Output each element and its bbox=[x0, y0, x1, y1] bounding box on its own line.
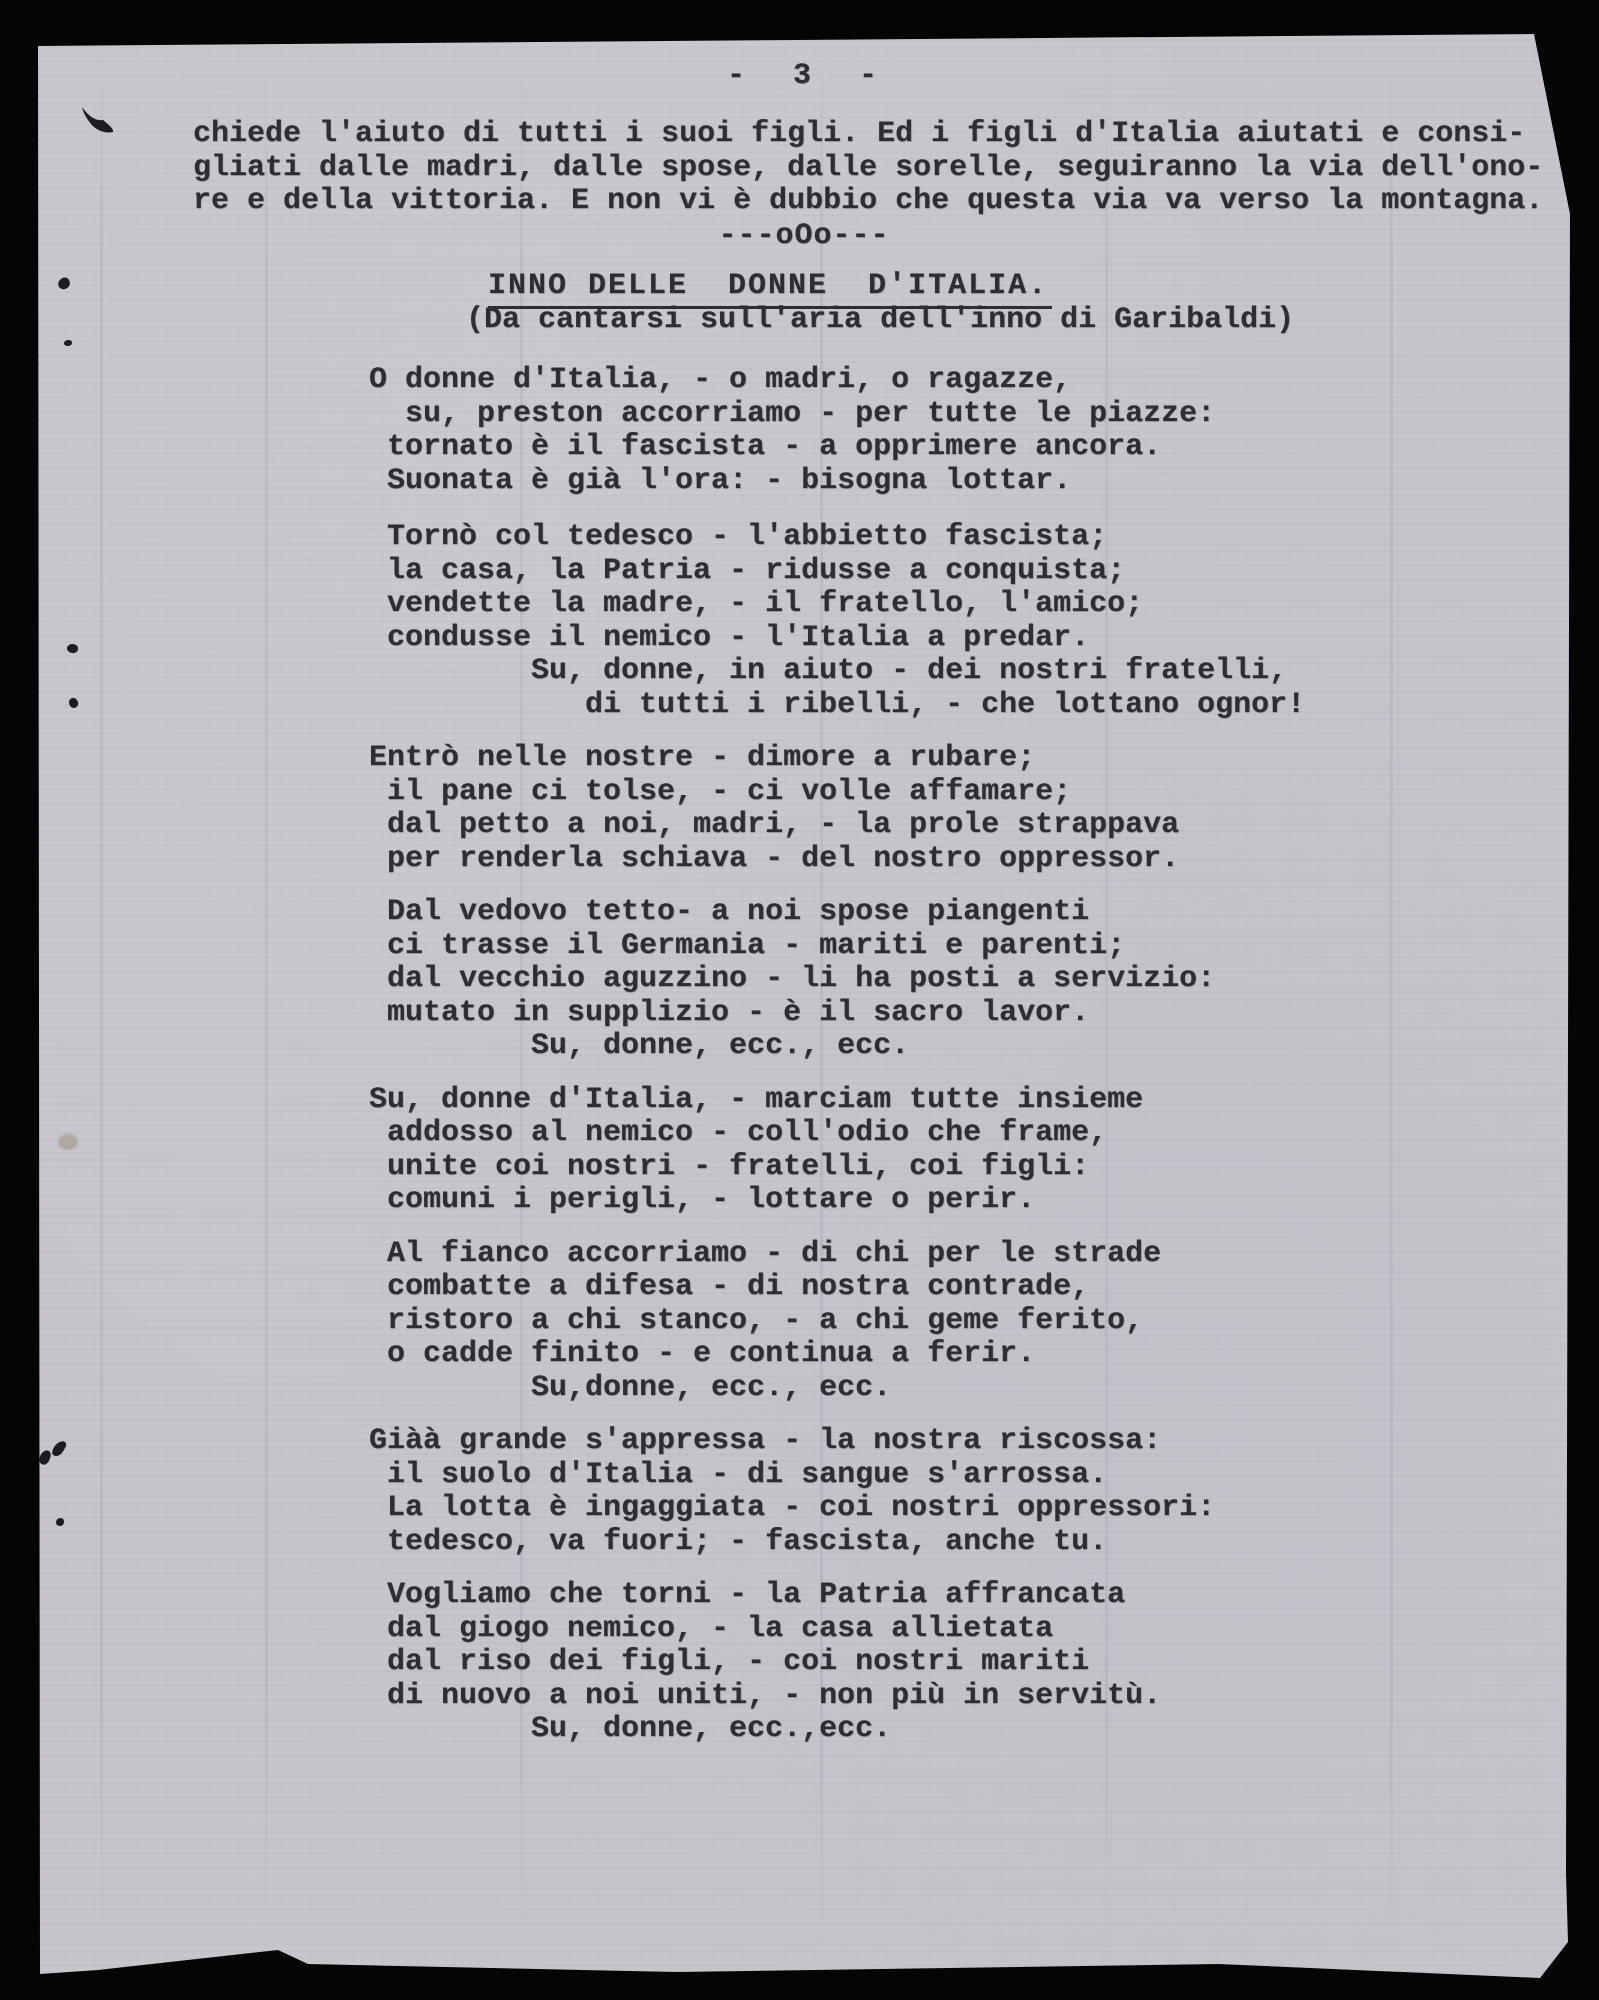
poem-line: La lotta è ingaggiata - coi nostri oppre… bbox=[369, 1492, 1305, 1526]
poem-line: Tornò col tedesco - l'abbietto fascista; bbox=[369, 521, 1305, 555]
stanza: Giàà grande s'appressa - la nostra risco… bbox=[369, 1425, 1305, 1559]
paper-crease bbox=[265, 34, 268, 1980]
refrain-line: Su, donne, ecc.,ecc. bbox=[369, 1713, 1305, 1747]
poem-line: condusse il nemico - l'Italia a predar. bbox=[369, 622, 1305, 656]
intro-line: re e della vittoria. E non vi è dubbio c… bbox=[193, 185, 1543, 219]
paper-sheet: - 3 - chiede l'aiuto di tutti i suoi fig… bbox=[38, 34, 1570, 1980]
section-separator: ---oOo--- bbox=[38, 220, 1570, 254]
poem-line: la casa, la Patria - ridusse a conquista… bbox=[369, 555, 1305, 589]
intro-paragraph: chiede l'aiuto di tutti i suoi figli. Ed… bbox=[193, 118, 1543, 219]
refrain-line: Su, donne, ecc., ecc. bbox=[369, 1030, 1305, 1064]
poem-line: tedesco, va fuori; - fascista, anche tu. bbox=[369, 1526, 1305, 1560]
ink-speck bbox=[66, 643, 79, 655]
stanza: Dal vedovo tetto- a noi spose piangenti … bbox=[369, 896, 1305, 1064]
poem-line: il pane ci tolse, - ci volle affamare; bbox=[369, 776, 1305, 810]
intro-line: chiede l'aiuto di tutti i suoi figli. Ed… bbox=[193, 118, 1543, 152]
ink-speck bbox=[64, 340, 72, 346]
paper-smudge bbox=[58, 1134, 78, 1150]
poem-line: Al fianco accorriamo - di chi per le str… bbox=[369, 1238, 1305, 1272]
poem-line: Entrò nelle nostre - dimore a rubare; bbox=[369, 742, 1305, 776]
paper-crease bbox=[1390, 34, 1393, 1980]
refrain-line: Su,donne, ecc., ecc. bbox=[369, 1372, 1305, 1406]
stanza: Vogliamo che torni - la Patria affrancat… bbox=[369, 1579, 1305, 1747]
poem-line: o cadde finito - e continua a ferir. bbox=[369, 1338, 1305, 1372]
poem-line: Giàà grande s'appressa - la nostra risco… bbox=[369, 1425, 1305, 1459]
page-number: - 3 - bbox=[38, 60, 1570, 94]
poem-line: Dal vedovo tetto- a noi spose piangenti bbox=[369, 896, 1305, 930]
stanza: O donne d'Italia, - o madri, o ragazze, … bbox=[369, 364, 1305, 498]
poem-line: addosso al nemico - coll'odio che frame, bbox=[369, 1117, 1305, 1151]
refrain-line: di tutti i ribelli, - che lottano ognor! bbox=[369, 689, 1305, 723]
poem-body: O donne d'Italia, - o madri, o ragazze, … bbox=[369, 364, 1305, 1767]
paper-crease bbox=[100, 34, 103, 1980]
ink-swoosh-mark bbox=[80, 104, 118, 138]
poem-line: dal petto a noi, madri, - la prole strap… bbox=[369, 809, 1305, 843]
poem-line: Su, donne d'Italia, - marciam tutte insi… bbox=[369, 1084, 1305, 1118]
poem-line: dal vecchio aguzzino - li ha posti a ser… bbox=[369, 963, 1305, 997]
stanza: Su, donne d'Italia, - marciam tutte insi… bbox=[369, 1084, 1305, 1218]
poem-line: dal riso dei figli, - coi nostri mariti bbox=[369, 1646, 1305, 1680]
poem-line: vendette la madre, - il fratello, l'amic… bbox=[369, 588, 1305, 622]
poem-line: dal giogo nemico, - la casa allietata bbox=[369, 1613, 1305, 1647]
stanza: Al fianco accorriamo - di chi per le str… bbox=[369, 1238, 1305, 1406]
poem-line: O donne d'Italia, - o madri, o ragazze, bbox=[369, 364, 1305, 398]
poem-line: combatte a difesa - di nostra contrade, bbox=[369, 1271, 1305, 1305]
ink-speck bbox=[50, 1439, 67, 1459]
ink-speck bbox=[56, 1518, 64, 1526]
poem-line: il suolo d'Italia - di sangue s'arrossa. bbox=[369, 1459, 1305, 1493]
stanza: Tornò col tedesco - l'abbietto fascista;… bbox=[369, 521, 1305, 722]
poem-subtitle: (Da cantarsi sull'aria dell'inno di Gari… bbox=[466, 304, 1294, 338]
stanza: Entrò nelle nostre - dimore a rubare; il… bbox=[369, 742, 1305, 876]
scanned-document: { "page": { "number": "- 3 -", "backgrou… bbox=[0, 0, 1599, 2000]
ink-speck bbox=[56, 276, 72, 291]
poem-line: Suonata è già l'ora: - bisogna lottar. bbox=[369, 465, 1305, 499]
poem-line: mutato in supplizio - è il sacro lavor. bbox=[369, 997, 1305, 1031]
poem-line: unite coi nostri - fratelli, coi figli: bbox=[369, 1151, 1305, 1185]
ink-speck bbox=[67, 696, 80, 709]
poem-line: di nuovo a noi uniti, - non più in servi… bbox=[369, 1680, 1305, 1714]
poem-line: Vogliamo che torni - la Patria affrancat… bbox=[369, 1579, 1305, 1613]
poem-line: ci trasse il Germania - mariti e parenti… bbox=[369, 930, 1305, 964]
poem-line: comuni i perigli, - lottare o perir. bbox=[369, 1184, 1305, 1218]
poem-line: ristoro a chi stanco, - a chi geme ferit… bbox=[369, 1305, 1305, 1339]
refrain-line: Su, donne, in aiuto - dei nostri fratell… bbox=[369, 655, 1305, 689]
poem-line: su, preston accorriamo - per tutte le pi… bbox=[369, 398, 1305, 432]
poem-line: per renderla schiava - del nostro oppres… bbox=[369, 843, 1305, 877]
poem-line: tornato è il fascista - a opprimere anco… bbox=[369, 431, 1305, 465]
intro-line: gliati dalle madri, dalle spose, dalle s… bbox=[193, 152, 1543, 186]
ink-speck bbox=[38, 1449, 53, 1467]
